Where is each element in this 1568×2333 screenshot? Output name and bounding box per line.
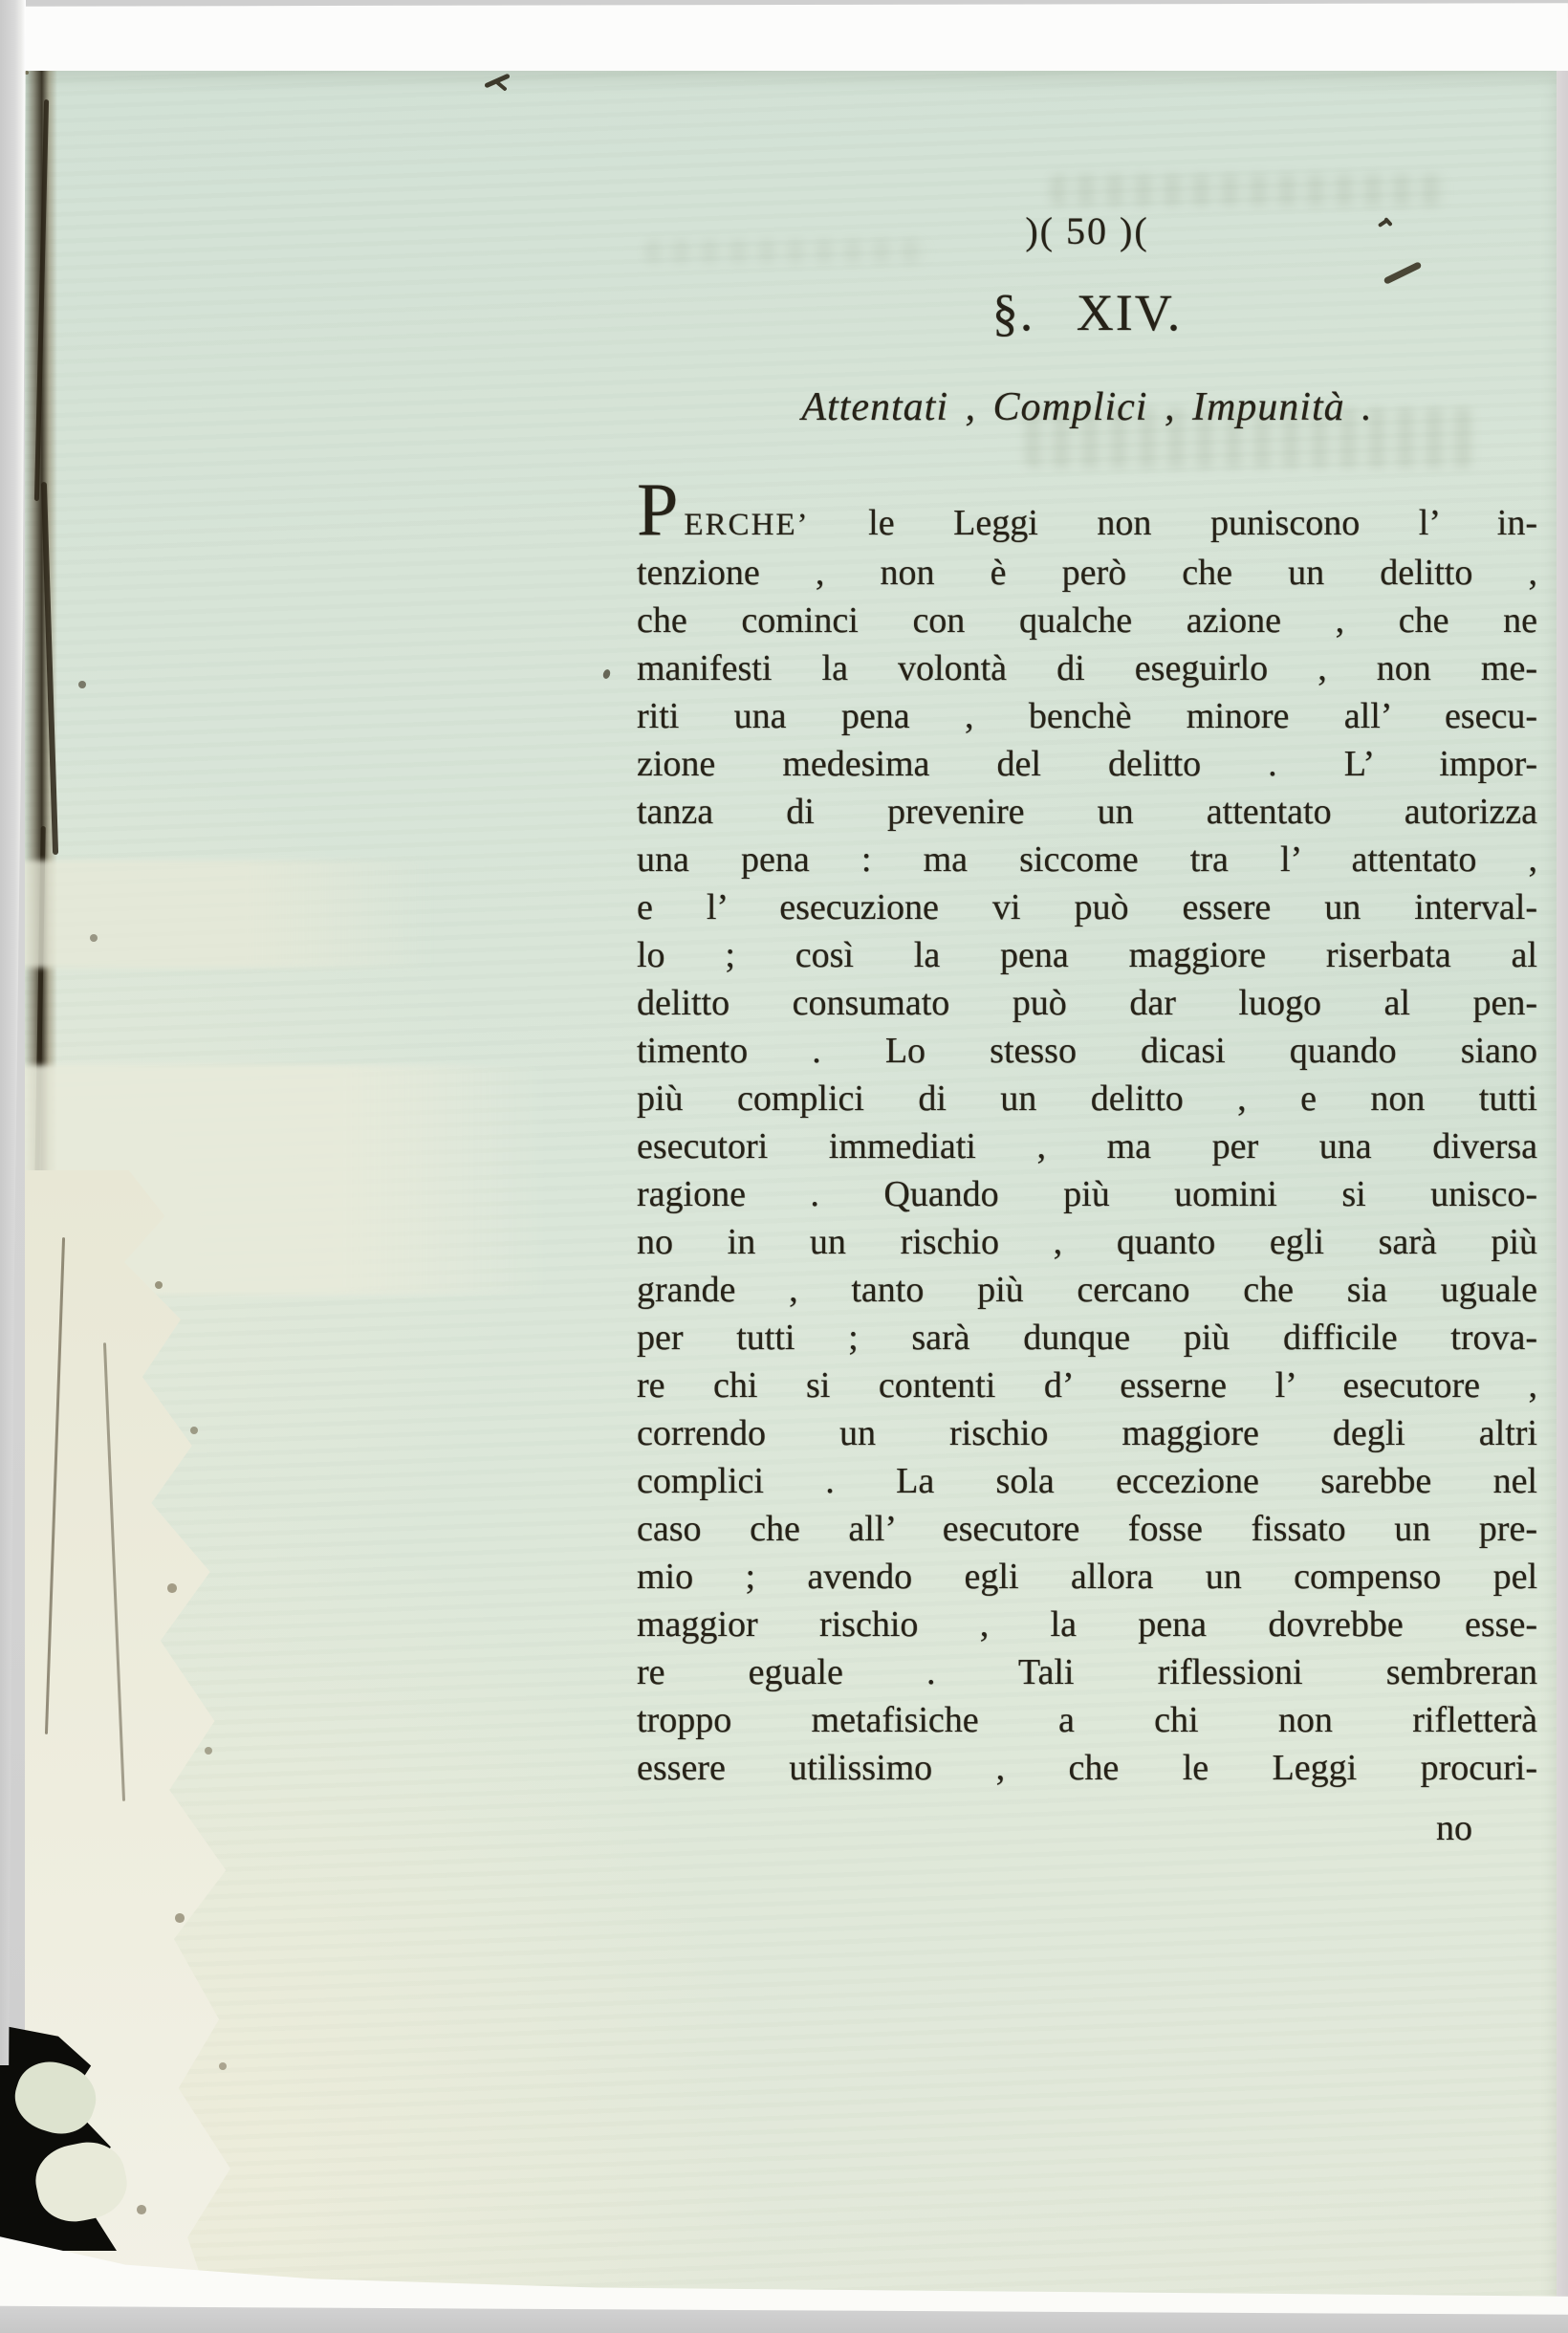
text-line: esecutori immediati , ma per una diversa [637,1123,1537,1170]
text-line: complici . La sola eccezione sarebbe nel [637,1457,1537,1505]
text-line: troppo metafisiche a chi non rifletterà [637,1696,1537,1744]
scanner-right-margin [1557,71,1568,2318]
text-line: grande , tanto più cercano che sia ugual… [637,1266,1537,1314]
text-line: che cominci con qualche azione , che ne [637,597,1537,644]
body-text: PERCHE’ le Leggi non puniscono l’ in- te… [637,499,1537,1852]
spine-light-band [25,861,434,968]
text-line: no in un rischio , quanto egli sarà più [637,1218,1537,1266]
text-line: correndo un rischio maggiore degli altri [637,1409,1537,1457]
section-heading: §. XIV. [637,283,1537,342]
text-line-first: PERCHE’ le Leggi non puniscono l’ in- [637,499,1537,549]
text-line: ragione . Quando più uomini si unisco- [637,1170,1537,1218]
text-line: maggior rischio , la pena dovrebbe esse- [637,1601,1537,1648]
text-line: re chi si contenti d’ esserne l’ esecuto… [637,1362,1537,1409]
text-line: caso che all’ esecutore fosse fissato un… [637,1505,1537,1553]
text-line: mio ; avendo egli allora un compenso pel [637,1553,1537,1601]
chapter-subtitle: Attentati , Complici , Impunità . [637,384,1537,430]
scan-white-top-band [15,3,1568,76]
text-line: per tutti ; sarà dunque più difficile tr… [637,1314,1537,1362]
drop-cap-initial: P [637,468,684,551]
catchword: no [1436,1808,1472,1848]
text-line: una pena : ma siccome tra l’ attentato , [637,836,1537,883]
text-line: timento . Lo stesso dicasi quando siano [637,1027,1537,1075]
text-line: tanza di prevenire un attentato autorizz… [637,788,1537,836]
scanned-book-page: )( 50 )( §. XIV. Attentati , Complici , … [0,0,1568,2333]
catchword-row: no [637,1804,1537,1852]
text-line: manifesti la volontà di eseguirlo , non … [637,644,1537,692]
text-line: lo ; così la pena maggiore riserbata al [637,931,1537,979]
text-line: e l’ esecuzione vi può essere un interva… [637,883,1537,931]
page-number: )( 50 )( [637,208,1537,253]
text-line: delitto consumato può dar luogo al pen- [637,979,1537,1027]
scanner-left-margin [0,0,26,2065]
text-line: zione medesima del delitto . L’ impor- [637,740,1537,788]
text-line: più complici di un delitto , e non tutti [637,1075,1537,1123]
text-line: riti una pena , benchè minore all’ esecu… [637,692,1537,740]
first-line-rest: le Leggi non puniscono l’ in- [810,503,1537,543]
text-line: essere utilissimo , che le Leggi procuri… [637,1744,1537,1792]
text-line: tenzione , non è però che un delitto , [637,549,1537,597]
text-line: re eguale . Tali riflessioni sembreran [637,1648,1537,1696]
ink-showthrough-smudge [1050,174,1448,207]
first-word-capitals: ERCHE’ [684,508,809,542]
